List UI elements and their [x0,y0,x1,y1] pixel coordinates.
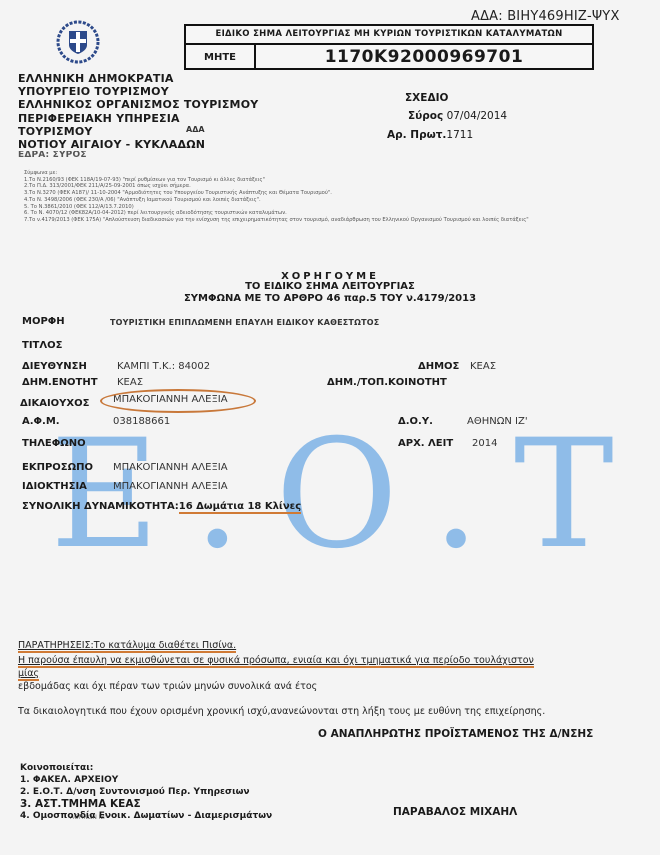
field-doy-value: ΑΘΗΝΩΝ ΙΖ' [467,416,528,427]
remarks-line-3: μίας [18,668,39,679]
special-sign-header-box: ΕΙΔΙΚΟ ΣΗΜΑ ΛΕΙΤΟΥΡΓΙΑΣ ΜΗ ΚΥΡΙΩΝ ΤΟΥΡΙΣ… [184,24,594,70]
field-capacity-value: 16 Δωμάτια 18 Κλίνες [179,501,301,514]
signature-title: Ο ΑΝΑΠΛΗΡΩΤΗΣ ΠΡΟΪΣΤΑΜΕΝΟΣ ΤΗΣ Δ/ΝΣΗΣ [318,728,593,740]
mhte-code: 1170Κ92000969701 [256,45,592,70]
legal-ref: 7.Το ν.4179/2013 (ΦΕΚ 175Α) "Απλούστευση… [24,217,644,224]
field-ownership-value: ΜΠΑΚΟΓΙΑΝΝΗ ΑΛΕΞΙΑ [113,481,228,492]
protocol-label: Αρ. Πρωτ. [387,129,446,141]
draft-label: ΣΧΕΔΙΟ [405,92,448,104]
cc-item: 1. ΦΑΚΕΛ. ΑΡΧΕΙΟΥ [20,774,272,786]
eot-watermark: Ε.Ο.Τ. [50,420,660,570]
field-afm-value: 038188661 [113,416,170,427]
issuer-line: ΥΠΟΥΡΓΕΙΟ ΤΟΥΡΙΣΜΟΥ [18,85,258,98]
field-titlos-label: ΤΙΤΛΟΣ [22,340,62,351]
field-municipality-label: ΔΗΜΟΣ [418,361,459,372]
mhte-label: ΜΗΤΕ [186,45,256,70]
field-capacity: ΣΥΝΟΛΙΚΗ ΔΥΝΑΜΙΚΟΤΗΤΑ:16 Δωμάτια 18 Κλίν… [22,501,301,512]
greek-coat-of-arms-icon [56,20,100,64]
field-municipal-unit-label: ΔΗΜ.ΕΝΟΤΗΤ [22,377,98,388]
field-representative-label: ΕΚΠΡΟΣΩΠΟ [22,462,93,473]
field-beneficiary-label: ΔΙΚΑΙΟΥΧΟΣ [20,398,89,409]
field-afm-label: Α.Φ.Μ. [22,416,60,427]
legal-ref: 6. Το Ν. 4070/12 (ΦΕΚ82Α/10-04-2012) περ… [24,210,644,217]
beneficiary-highlight-oval [100,389,256,413]
issuer-line: ΤΟΥΡΙΣΜΟΥ [18,125,258,138]
remarks-text-3: μίας [18,668,39,681]
cc-heading: Κοινοποιείται: [20,762,272,774]
signer-name: ΠΑΡΑΒΑΛΟΣ ΜΙΧΑΗΛ [393,806,517,818]
issuer-cut-line: ΕΔΡΑ: ΣΥΡΟΣ [18,151,258,157]
legal-ref: 4.Το Ν. 3498/2006 (ΦΕΚ 230/Α /06) "Ανάπτ… [24,197,644,204]
field-morfi-value: ΤΟΥΡΙΣΤΙΚΗ ΕΠΙΠΛΩΜΕΝΗ ΕΠΑΥΛΗ ΕΙΔΙΚΟΥ ΚΑΘ… [110,318,379,327]
issuer-line: ΕΛΛΗΝΙΚΗ ΔΗΜΟΚΡΑΤΙΑ [18,72,258,85]
place-date: Σύρος 07/04/2014 [408,110,507,122]
ada-code: ΑΔΑ: ΒΙΗΥ469ΗΙΖ-ΨΥΧ [471,9,620,24]
remarks-text-1: ΠΑΡΑΤΗΡΗΣΕΙΣ:Το κατάλυμα διαθέτει Πισίνα… [18,640,236,653]
field-start-year-label: ΑΡΧ. ΛΕΙΤ [398,438,453,449]
issuing-authority: ΕΛΛΗΝΙΚΗ ΔΗΜΟΚΡΑΤΙΑ ΥΠΟΥΡΓΕΙΟ ΤΟΥΡΙΣΜΟΥ … [18,72,258,157]
field-start-year-value: 2014 [472,438,497,449]
issue-date: 07/04/2014 [447,110,508,122]
cc-list: Κοινοποιείται: 1. ΦΑΚΕΛ. ΑΡΧΕΙΟΥ 2. Ε.Ο.… [20,762,272,822]
issuer-line: ΠΕΡΙΦΕΡΕΙΑΚΗ ΥΠΗΡΕΣΙΑ [18,112,258,125]
field-representative-value: ΜΠΑΚΟΓΙΑΝΝΗ ΑΛΕΞΙΑ [113,462,228,473]
field-municipality-value: ΚΕΑΣ [470,361,496,372]
remarks-text-2: Η παρούσα έπαυλη να εκμισθώνεται σε φυσι… [18,655,534,668]
cc-item: 3. ΑΣΤ.ΤΜΗΜΑ ΚΕΑΣ [20,798,272,810]
field-doy-label: Δ.Ο.Υ. [398,416,433,427]
field-ownership-label: ΙΔΙΟΚΤΗΣΙΑ [22,481,87,492]
field-municipal-unit-value: ΚΕΑΣ [117,377,143,388]
grant-heading-3: ΣΥΜΦΩΝΑ ΜΕ ΤΟ ΑΡΘΡΟ 46 παρ.5 ΤΟΥ ν.4179/… [0,293,660,304]
remarks-line-2: Η παρούσα έπαυλη να εκμισθώνεται σε φυσι… [18,655,658,666]
overlay-ada-label: ΑΔΑ [186,125,205,134]
grant-heading-2: ΤΟ ΕΙΔΙΚΟ ΣΗΜΑ ΛΕΙΤΟΥΡΓΙΑΣ [0,281,660,292]
remarks-line-5: Τα δικαιολογητικά που έχουν ορισμένη χρο… [18,706,545,717]
remarks-line-1: ΠΑΡΑΤΗΡΗΣΕΙΣ:Το κατάλυμα διαθέτει Πισίνα… [18,640,236,651]
field-phone-label: ΤΗΛΕΦΩΝΟ [22,438,86,449]
protocol-number-line: Αρ. Πρωτ.1711 [387,129,473,141]
issuer-line: ΕΛΛΗΝΙΚΟΣ ΟΡΓΑΝΙΣΜΟΣ ΤΟΥΡΙΣΜΟΥ [18,98,258,111]
protocol-number: 1711 [446,129,473,141]
issuer-line: ΝΟΤΙΟΥ ΑΙΓΑΙΟΥ - ΚΥΚΛΑΔΩΝ [18,138,258,151]
remarks-line-4: εβδομάδας και όχι πέραν των τριών μηνών … [18,681,317,692]
field-local-community-label: ΔΗΜ./ΤΟΠ.ΚΟΙΝΟΤΗΤ [327,377,447,388]
cc-item: 4. Ομοσπονδία Ενοικ. Δωματίων - Διαμερισ… [20,810,272,822]
field-morfi-label: ΜΟΡΦΗ [22,316,65,327]
cc-item: 2. Ε.Ο.Τ. Δ/νση Συντονισμού Περ. Υπηρεσι… [20,786,272,798]
place-label: Σύρος [408,110,443,122]
legal-ref: Σύμφωνα με: [24,170,644,177]
legal-ref: 3.Το Ν.3270 (ΦΕΚ Α187)/ 11-10-2004 "Αρμο… [24,190,644,197]
field-address-value: ΚΑΜΠΙ Τ.Κ.: 84002 [117,361,210,372]
field-capacity-label: ΣΥΝΟΛΙΚΗ ΔΥΝΑΜΙΚΟΤΗΤΑ: [22,501,179,512]
legal-references: Σύμφωνα με: 1.Το Ν.2160/93 (ΦΕΚ 118Α/19-… [24,170,644,224]
field-address-label: ΔΙΕΥΘΥΝΣΗ [22,361,87,372]
header-box-title: ΕΙΔΙΚΟ ΣΗΜΑ ΛΕΙΤΟΥΡΓΙΑΣ ΜΗ ΚΥΡΙΩΝ ΤΟΥΡΙΣ… [186,26,592,45]
